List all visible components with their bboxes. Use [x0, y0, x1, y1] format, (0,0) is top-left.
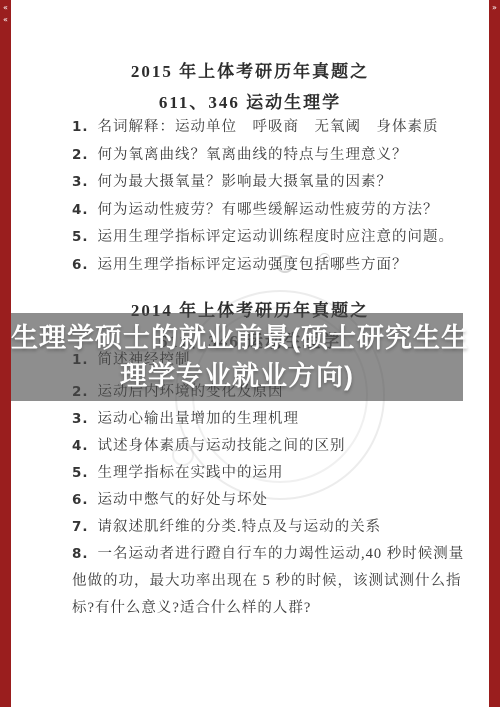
question-text: 运动中憋气的好处与坏处 — [98, 492, 269, 508]
question-row: 8.一名运动者进行蹬自行车的力竭性运动,40 秒时候测量他做的功，最大功率出现在… — [72, 541, 470, 622]
question-text: 请叙述肌纤维的分类.特点及与运动的关系 — [98, 519, 382, 535]
question-number: 7. — [72, 519, 89, 535]
question-number: 3. — [72, 411, 89, 427]
question-number: 2. — [72, 147, 89, 163]
question-row: 3.何为最大摄氧量？影响最大摄氧量的因素？ — [72, 169, 470, 197]
exam-2015-question-list: 1.名词解释：运动单位 呼吸商 无氧阈 身体素质 2.何为氧离曲线？氧离曲线的特… — [72, 114, 470, 279]
question-number: 6. — [72, 257, 89, 273]
question-text: 试述身体素质与运动技能之间的区别 — [98, 438, 346, 454]
question-number: 1. — [72, 119, 89, 135]
question-number: 6. — [72, 492, 89, 508]
exam-2015-title: 2015 年上体考研历年真题之 — [11, 57, 489, 82]
left-red-bar: « « — [0, 0, 11, 707]
question-text: 运用生理学指标评定运动强度包括哪些方面？ — [98, 257, 408, 273]
question-text: 何为氧离曲线？氧离曲线的特点与生理意义？ — [98, 147, 408, 163]
headline-overlay-line: 生理学硕士的就业前景(硕士研究生生 — [11, 319, 463, 357]
question-row: 1.名词解释：运动单位 呼吸商 无氧阈 身体素质 — [72, 114, 470, 142]
question-row: 3.运动心输出量增加的生理机理 — [72, 406, 470, 433]
question-number: 5. — [72, 465, 89, 481]
left-bar-mark-icon: « — [0, 15, 11, 24]
question-row: 5.生理学指标在实践中的运用 — [72, 460, 470, 487]
question-row: 5.运用生理学指标评定运动训练程度时应注意的问题。 — [72, 224, 470, 252]
question-text: 何为最大摄氧量？影响最大摄氧量的因素？ — [98, 174, 393, 190]
question-text: 名词解释：运动单位 呼吸商 无氧阈 身体素质 — [98, 119, 439, 135]
question-row: 2.何为氧离曲线？氧离曲线的特点与生理意义？ — [72, 142, 470, 170]
question-text: 何为运动性疲劳？有哪些缓解运动性疲劳的方法？ — [98, 202, 439, 218]
question-text: 运动心输出量增加的生理机理 — [98, 411, 300, 427]
headline-overlay-line: 理学专业就业方向) — [11, 357, 463, 395]
question-row: 4.试述身体素质与运动技能之间的区别 — [72, 433, 470, 460]
exam-2015-subtitle: 611、346 运动生理学 — [11, 88, 489, 113]
question-number: 8. — [72, 546, 89, 562]
left-bar-mark-icon: « — [0, 3, 11, 12]
question-number: 3. — [72, 174, 89, 190]
question-number: 4. — [72, 438, 89, 454]
question-row: 7.请叙述肌纤维的分类.特点及与运动的关系 — [72, 514, 470, 541]
exam-2014-question-list: 2.运动后内环境的变化及原因 3.运动心输出量增加的生理机理 4.试述身体素质与… — [72, 379, 470, 622]
headline-overlay-banner: 生理学硕士的就业前景(硕士研究生生 理学专业就业方向) — [11, 313, 463, 401]
question-text: 运用生理学指标评定运动训练程度时应注意的问题。 — [98, 229, 455, 245]
right-bar-mark-icon: » — [489, 3, 500, 12]
document-page: « « » 2015 年上体考研历年真题之 611、346 运动生理学 1.名词… — [0, 0, 500, 707]
question-number: 4. — [72, 202, 89, 218]
question-row: 6.运用生理学指标评定运动强度包括哪些方面？ — [72, 252, 470, 280]
question-text: 一名运动者进行蹬自行车的力竭性运动,40 秒时候测量他做的功，最大功率出现在 5… — [72, 546, 464, 616]
question-row: 6.运动中憋气的好处与坏处 — [72, 487, 470, 514]
question-text: 生理学指标在实践中的运用 — [98, 465, 284, 481]
question-row: 4.何为运动性疲劳？有哪些缓解运动性疲劳的方法？ — [72, 197, 470, 225]
question-number: 5. — [72, 229, 89, 245]
right-red-bar: » — [489, 0, 500, 707]
